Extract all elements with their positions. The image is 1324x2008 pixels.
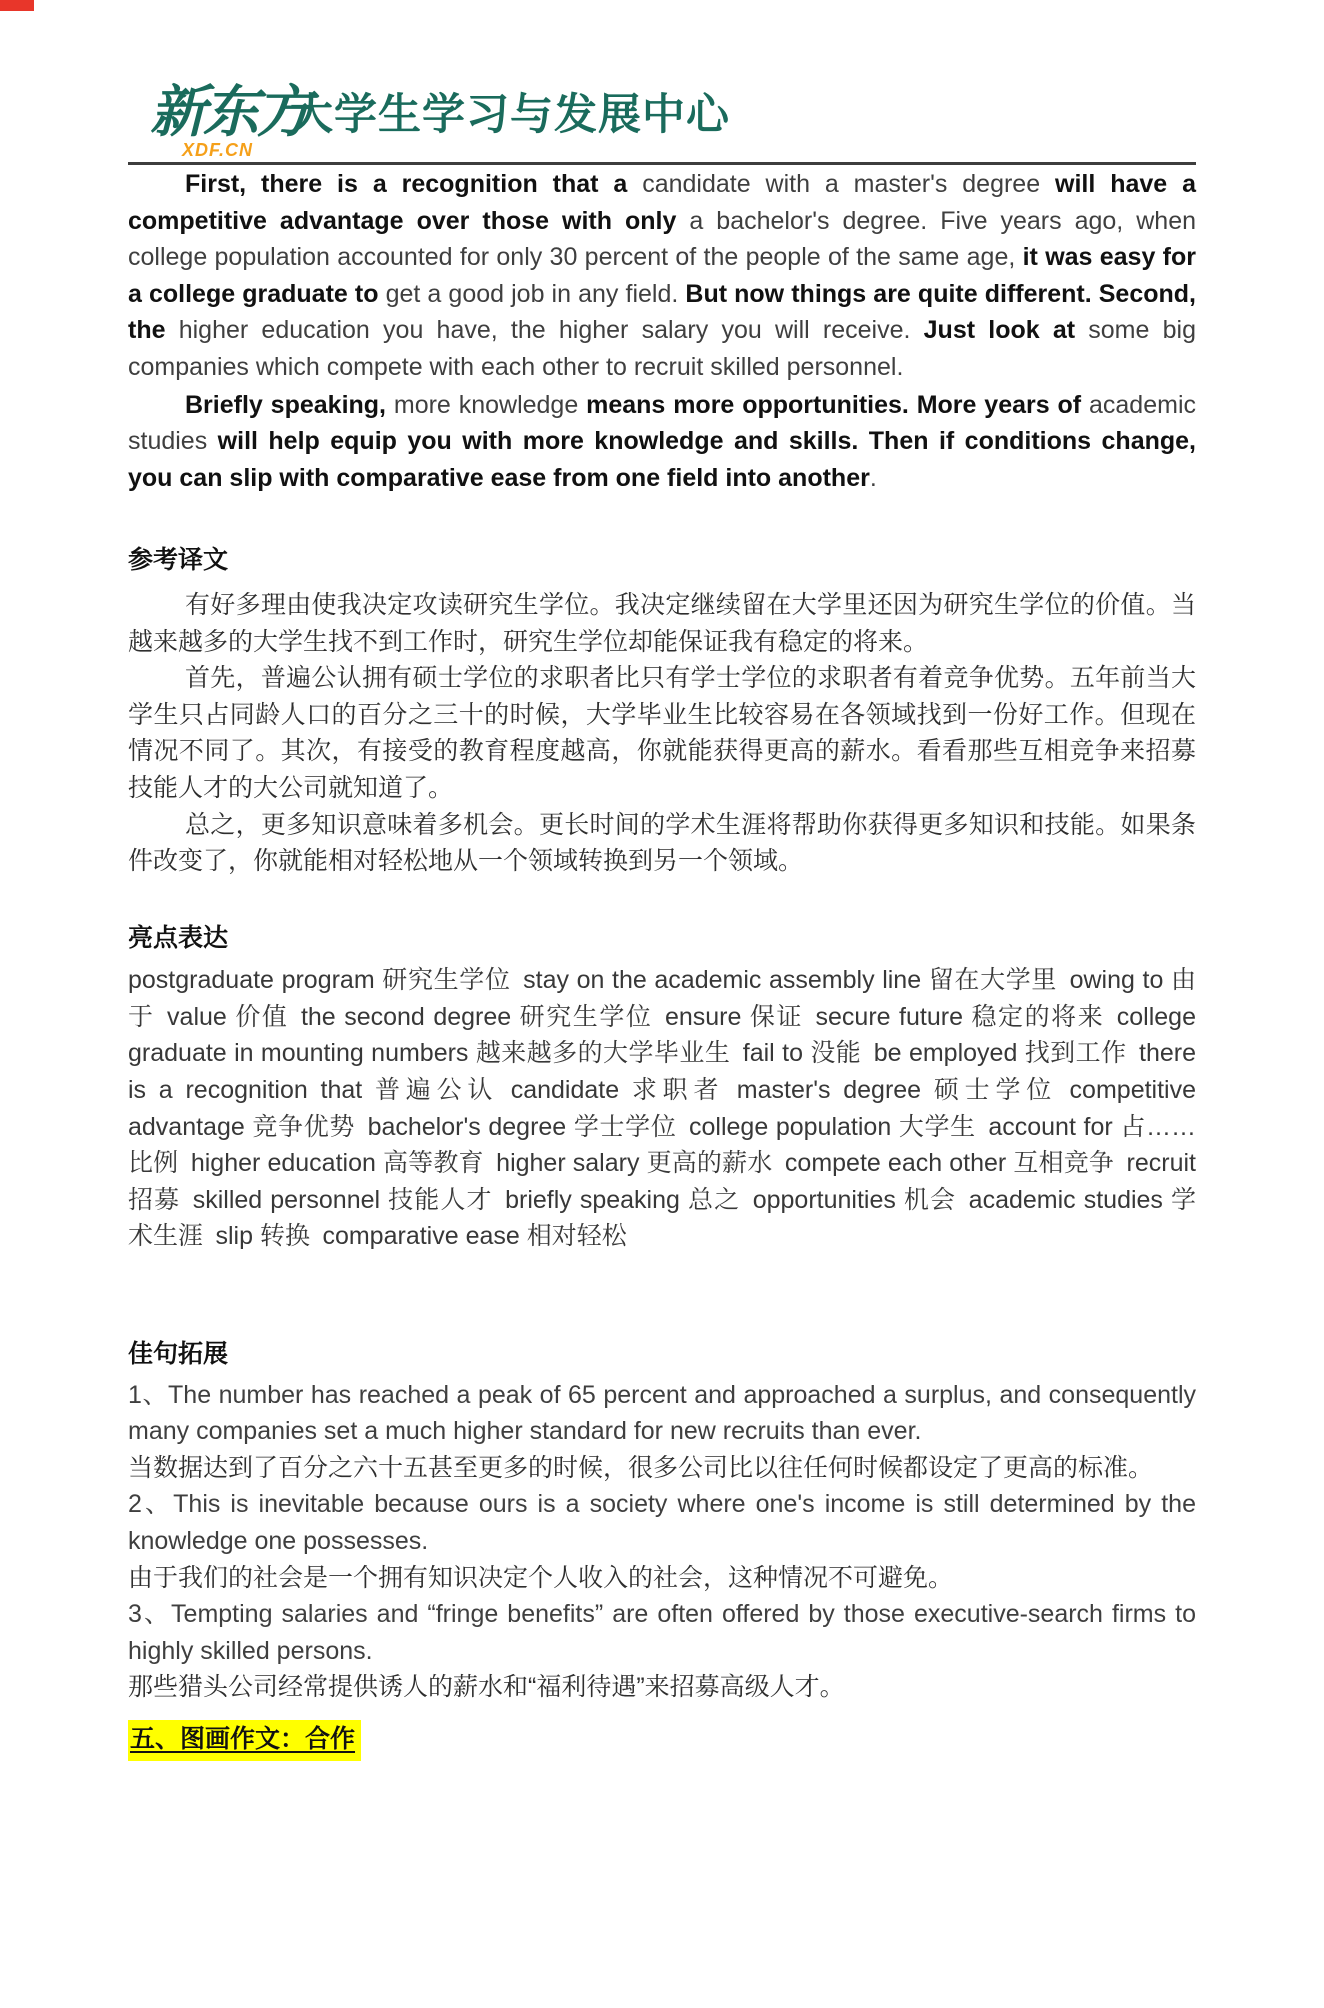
sentence-english: 2、This is inevitable because ours is a s… [128, 1486, 1196, 1559]
expressions-section-heading: 亮点表达 [128, 920, 1196, 957]
bold-text-run: means more opportunities. More years of [586, 391, 1089, 419]
sentence-item-2: 2、This is inevitable because ours is a s… [128, 1486, 1196, 1596]
sentence-english: 1、The number has reached a peak of 65 pe… [128, 1377, 1196, 1450]
bold-text-run: will help equip you with more knowledge … [128, 427, 1196, 492]
text-run: higher education you have, the higher sa… [179, 316, 924, 344]
text-run: get a good job in any field. [386, 280, 686, 308]
text-run: candidate with a master's degree [642, 170, 1055, 198]
next-section-row: 五、图画作文：合作 [128, 1720, 1196, 1761]
sentence-chinese: 那些猎头公司经常提供诱人的薪水和“福利待遇”来招募高级人才。 [128, 1669, 1196, 1706]
logo-domain-text: XDF.CN [182, 141, 253, 159]
new-oriental-logo: 新东方 [150, 84, 309, 140]
translation-section-heading: 参考译文 [128, 542, 1196, 579]
expressions-text: postgraduate program 研究生学位 stay on the a… [128, 962, 1196, 1255]
translation-paragraph-3: 总之，更多知识意味着多机会。更长时间的学术生涯将帮助你获得更多知识和技能。如果条… [128, 807, 1196, 880]
sentence-item-3: 3、Tempting salaries and “fringe benefits… [128, 1596, 1196, 1706]
bold-text-run: Just look at [924, 316, 1089, 344]
sentence-item-1: 1、The number has reached a peak of 65 pe… [128, 1377, 1196, 1487]
translation-paragraph-1: 有好多理由使我决定攻读研究生学位。我决定继续留在大学里还因为研究生学位的价值。当… [128, 587, 1196, 660]
header-divider [128, 162, 1196, 165]
sentence-chinese: 由于我们的社会是一个拥有知识决定个人收入的社会，这种情况不可避免。 [128, 1560, 1196, 1597]
sentences-section-heading: 佳句拓展 [128, 1336, 1196, 1373]
next-section-heading: 五、图画作文：合作 [128, 1720, 361, 1761]
org-name-title: 大学生学习与发展中心 [290, 94, 730, 137]
text-run: . [870, 464, 877, 492]
bold-text-run: First, there is a recognition that a [185, 170, 642, 198]
bold-text-run: Briefly speaking, [185, 391, 394, 419]
sentence-chinese: 当数据达到了百分之六十五甚至更多的时候，很多公司比以往任何时候都设定了更高的标准… [128, 1450, 1196, 1487]
brand-header: 新东方 XDF.CN 大学生学习与发展中心 [128, 0, 1196, 162]
text-run: more knowledge [394, 391, 586, 419]
essay-paragraph-1: First, there is a recognition that a can… [128, 166, 1196, 386]
essay-paragraph-2: Briefly speaking, more knowledge means m… [128, 387, 1196, 497]
sentence-english: 3、Tempting salaries and “fringe benefits… [128, 1596, 1196, 1669]
document-page: 新东方 XDF.CN 大学生学习与发展中心 First, there is a … [0, 0, 1324, 2008]
page-content: 新东方 XDF.CN 大学生学习与发展中心 First, there is a … [0, 0, 1324, 1761]
translation-paragraph-2: 首先，普遍公认拥有硕士学位的求职者比只有学士学位的求职者有着竞争优势。五年前当大… [128, 660, 1196, 806]
